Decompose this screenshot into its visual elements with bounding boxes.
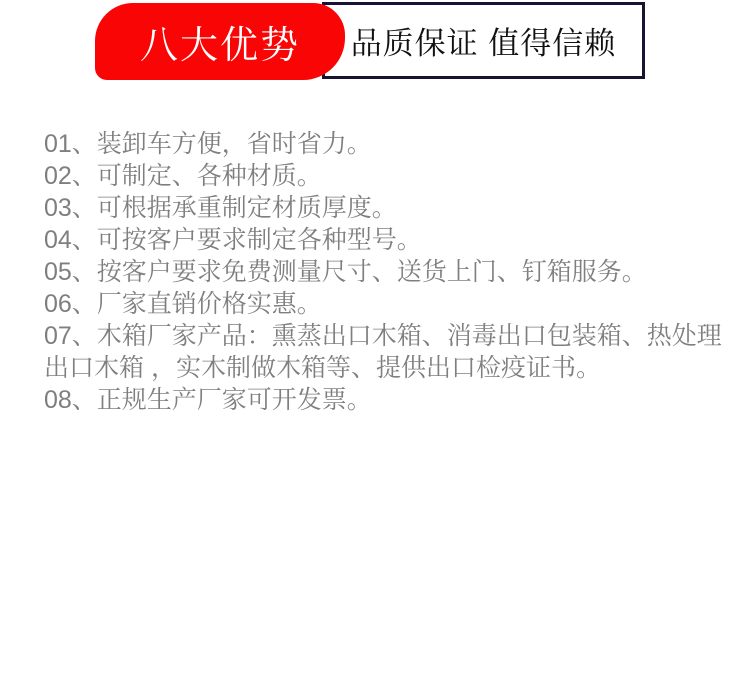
advantage-line-02: 02、可制定、各种材质。 (44, 160, 744, 192)
advantages-badge: 八大优势 (95, 3, 345, 80)
advantage-line-07-wrap: 出口木箱 ，实木制做木箱等、提供出口检疫证书。 (44, 352, 744, 384)
advantage-line-05: 05、按客户要求免费测量尺寸、送货上门、钉箱服务。 (44, 256, 744, 288)
advantage-line-03: 03、可根据承重制定材质厚度。 (44, 192, 744, 224)
badge-label: 八大优势 (140, 14, 300, 69)
slogan-text: 品质保证 值得信赖 (351, 18, 617, 63)
slogan-box: 品质保证 值得信赖 (322, 2, 645, 79)
promo-page: 品质保证 值得信赖 八大优势 01、装卸车方便，省时省力。 02、可制定、各种材… (0, 0, 750, 695)
advantage-line-07: 07、木箱厂家产品：熏蒸出口木箱、消毒出口包装箱、热处理 (44, 320, 744, 352)
advantage-line-06: 06、厂家直销价格实惠。 (44, 288, 744, 320)
advantages-list: 01、装卸车方便，省时省力。 02、可制定、各种材质。 03、可根据承重制定材质… (44, 128, 744, 416)
advantage-line-04: 04、可按客户要求制定各种型号。 (44, 224, 744, 256)
advantage-line-01: 01、装卸车方便，省时省力。 (44, 128, 744, 160)
advantage-line-08: 08、正规生产厂家可开发票。 (44, 384, 744, 416)
